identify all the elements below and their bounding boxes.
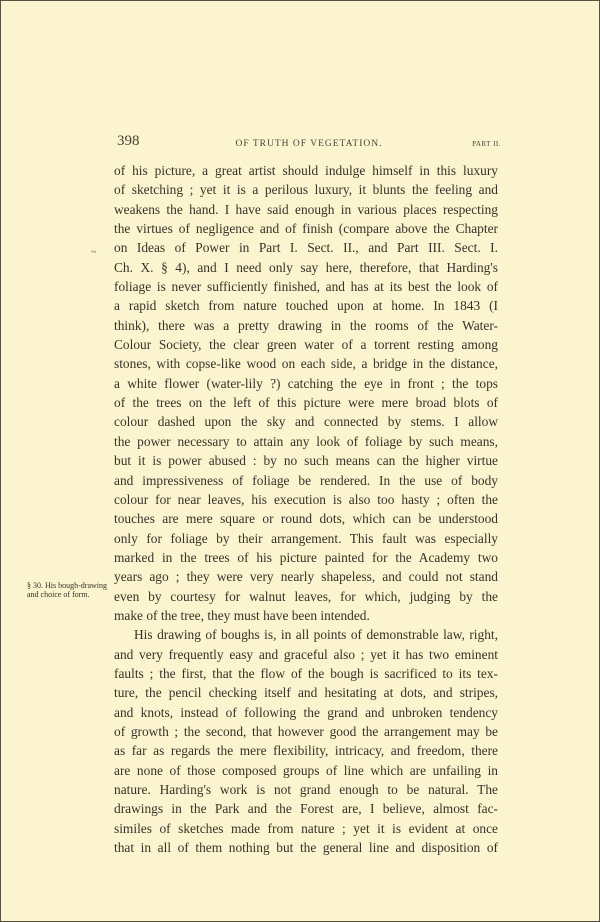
text-line: drawings in the Park and the Forest are,…	[114, 799, 498, 818]
paragraph-start: His drawing of boughs is, in all points …	[114, 625, 498, 644]
text-line: a rapid sketch from nature touched upon …	[114, 296, 498, 315]
text-line: marked in the trees of his picture paint…	[114, 548, 498, 567]
text-line: colour dashed upon the sky and connected…	[114, 412, 498, 431]
book-page: 398 OF TRUTH OF VEGETATION. PART II. ~ §…	[0, 0, 600, 922]
part-label: PART II.	[472, 140, 501, 148]
text-line: stones, with copse-like wood on each sid…	[114, 354, 498, 373]
text-line: ture, the pencil checking itself and hes…	[114, 683, 498, 702]
text-line: and knots, instead of following the gran…	[114, 703, 498, 722]
text-line: the power necessary to attain any look o…	[114, 432, 498, 451]
text-line: and very frequently easy and graceful al…	[114, 645, 498, 664]
margin-mark: ~	[91, 247, 96, 258]
text-line: a white flower (water-lily ?) catching t…	[114, 374, 498, 393]
text-line: even by courtesy for walnut leaves, for …	[114, 587, 498, 606]
text-line: think), there was a pretty drawing in th…	[114, 316, 498, 335]
text-line: and impressiveness of foliage be rendere…	[114, 471, 498, 490]
text-line: make of the tree, they must have been in…	[114, 606, 498, 625]
text-line: similes of sketches made from nature ; y…	[114, 819, 498, 838]
text-line: Colour Society, the clear green water of…	[114, 335, 498, 354]
text-line: of his picture, a great artist should in…	[114, 161, 498, 180]
body-text: of his picture, a great artist should in…	[114, 161, 498, 857]
text-line: that in all of them nothing but the gene…	[114, 838, 498, 857]
text-line: faults ; the first, that the flow of the…	[114, 664, 498, 683]
marginal-note: § 30. His bough-drawing and choice of fo…	[27, 581, 107, 599]
text-line: of sketching ; yet it is a perilous luxu…	[114, 180, 498, 199]
text-line: colour for near leaves, his execution is…	[114, 490, 498, 509]
page-header: 398 OF TRUTH OF VEGETATION. PART II.	[117, 133, 501, 153]
text-line: only for foliage by their arrangement. T…	[114, 529, 498, 548]
text-line: are none of those composed groups of lin…	[114, 761, 498, 780]
text-line: weakens the hand. I have said enough in …	[114, 200, 498, 219]
text-line: Ch. X. § 4), and I need only say here, t…	[114, 258, 498, 277]
text-line: the virtues of negligence and of finish …	[114, 219, 498, 238]
text-line: on Ideas of Power in Part I. Sect. II., …	[114, 238, 498, 257]
text-line: of growth ; the second, that however goo…	[114, 722, 498, 741]
text-line: of the trees on the left of this picture…	[114, 393, 498, 412]
text-line: foliage is never sufficiently finished, …	[114, 277, 498, 296]
text-line: years ago ; they were very nearly shapel…	[114, 567, 498, 586]
running-title: OF TRUTH OF VEGETATION.	[117, 139, 501, 149]
text-line: as far as regards the mere flexibility, …	[114, 741, 498, 760]
text-line: nature. Harding's work is not grand enou…	[114, 780, 498, 799]
text-line: touches are mere square or round dots, w…	[114, 509, 498, 528]
text-line: but it is power abused : by no such mean…	[114, 451, 498, 470]
